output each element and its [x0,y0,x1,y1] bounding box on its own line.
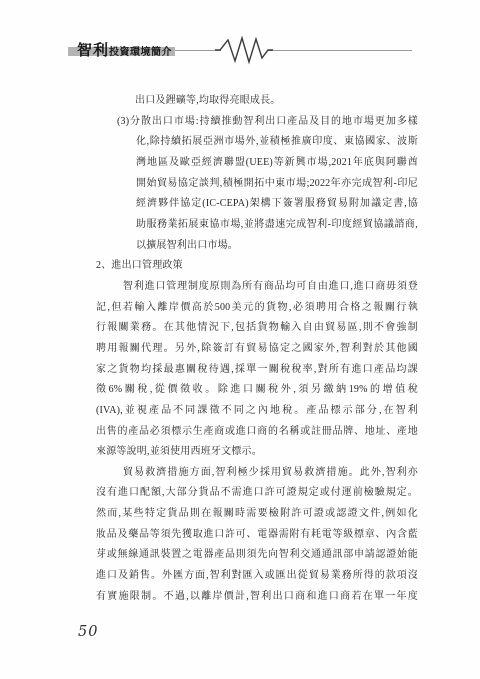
body-text-line: 芽或無線通訊裝置之電器產品則須先向智利交通通訊部申請認證始能 [96,545,418,566]
page-number: 50 [78,624,98,640]
header-title-sub: 投資環境簡介 [109,43,172,58]
body-text-line: 出售的產品必須標示生產商或進口商的名稱或註冊品牌、地址、產地 [96,422,418,443]
body-text-line: 灣地區及歐亞經濟聯盟(UEE)等新興市場,2021年底與阿聯酋 [96,153,418,174]
header-title-main: 智利 [77,39,109,60]
body-text-line: (IVA),並視產品不同課徵不同之內地稅。產品標示部分,在智利 [96,401,418,422]
body-text-line: 進口及銷售。外匯方面,智利對匯入或匯出從貿易業務所得的款項沒 [96,566,418,587]
body-text-line: 開始貿易協定談判,積極開拓中東市場;2022年亦完成智利-印尼 [96,174,418,195]
body-text-line: 2、進出口管理政策 [96,256,418,277]
page-header: 智利投資環境簡介 [0,0,480,70]
header-rule-right [268,50,412,51]
body-text-line: 化,除持續拓展亞洲市場外,並積極推廣印度、東協國家、波斯 [96,132,418,153]
body-text-line: 徵6%關稅,從價徵收。除進口關稅外,須另繳納19%的增值稅 [96,380,418,401]
body-text-line: 貿易救濟措施方面,智利極少採用貿易救濟措施。此外,智利亦 [96,463,418,484]
body-text-line: 經濟夥伴協定(IC-CEPA)架構下簽署服務貿易附加議定書,協 [96,194,418,215]
body-text-line: 沒有進口配額,大部分貨品不需進口許可證規定或付運前檢驗規定。 [96,483,418,504]
body-text-line: 妝品及藥品等須先獲取進口許可、電器需附有耗電等級標章、內含藍 [96,525,418,546]
document-page: 智利投資環境簡介 出口及鋰礦等,均取得亮眼成長。(3)分散出口市場:持續推動智利… [0,0,480,679]
body-text: 出口及鋰礦等,均取得亮眼成長。(3)分散出口市場:持續推動智利出口產品及目的地市… [96,91,418,607]
body-text-line: 聘用報關代理。另外,除簽訂有貿易協定之國家外,智利對於其他國 [96,339,418,360]
body-text-line: 記,但若輸入離岸價高於500美元的貨物,必須聘用合格之報關行執 [96,298,418,319]
body-text-line: 然而,某些特定貨品則在報關時需要檢附許可證或認證文件,例如化 [96,504,418,525]
body-text-line: 來源等說明,並須使用西班牙文標示。 [96,442,418,463]
body-text-line: 智利進口管理制度原則為所有商品均可自由進口,進口商毋須登 [96,277,418,298]
body-text-line: 行報關業務。在其他情況下,包括貨物輸入自由貿易區,則不會強制 [96,318,418,339]
body-text-line: 以擴展智利出口市場。 [96,236,418,257]
body-text-line: 有實施限制。不過,以離岸價計,智利出口商和進口商若在單一年度 [96,587,418,608]
body-text-line: 助服務業拓展東協市場,並將盡速完成智利-印度經貿協議諮商, [96,215,418,236]
body-text-line: 出口及鋰礦等,均取得亮眼成長。 [96,91,418,112]
header-title: 智利投資環境簡介 [77,39,172,57]
body-text-line: (3)分散出口市場:持續推動智利出口產品及目的地市場更加多樣 [96,112,418,133]
body-text-line: 家之貨物均採最惠關稅待遇,採單一關稅稅率,對所有進口產品均課 [96,360,418,381]
heartbeat-pulse-icon [215,33,273,67]
